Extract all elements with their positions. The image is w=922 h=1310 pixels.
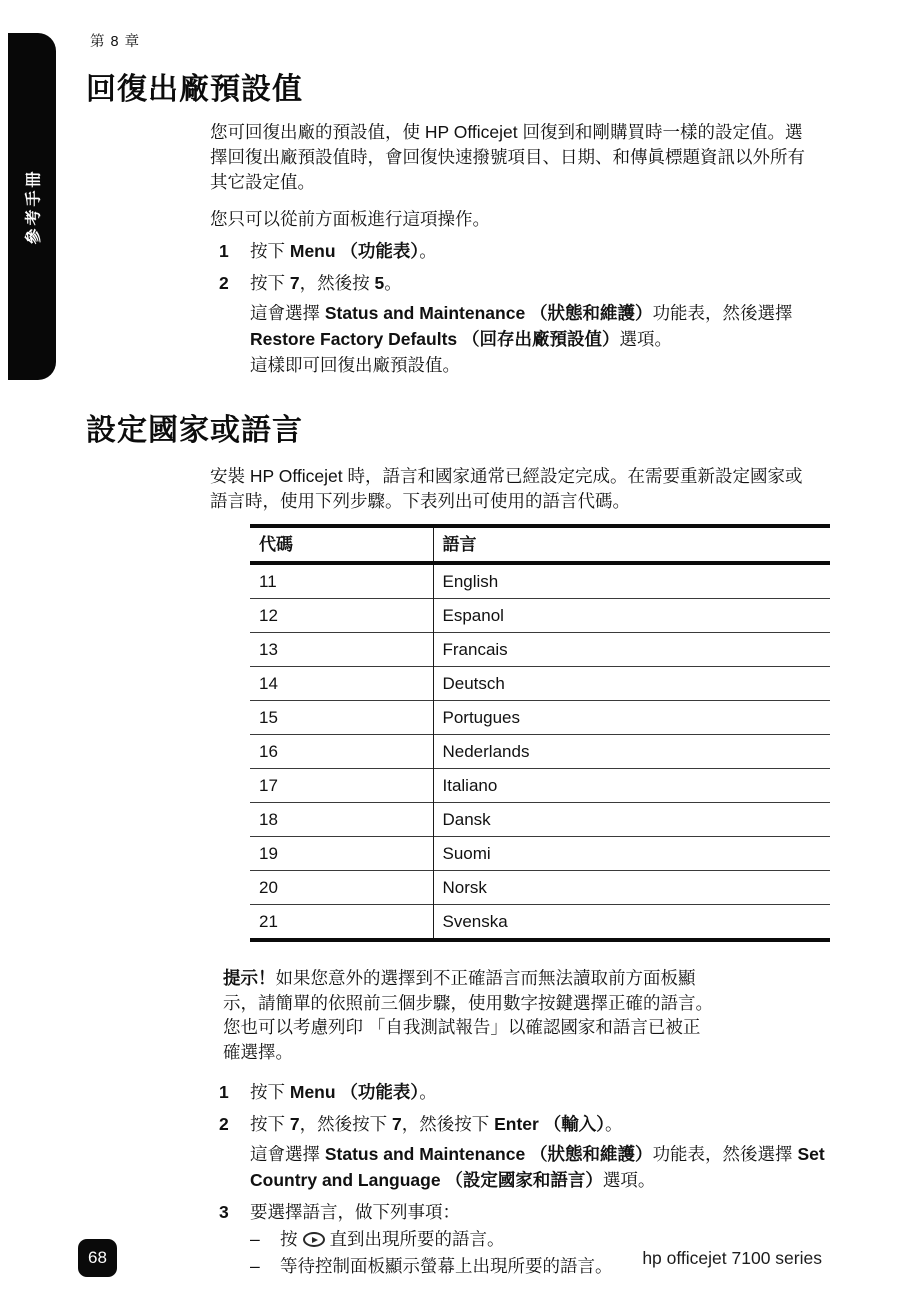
table-row: 17Italiano — [250, 769, 830, 803]
text-segment: 按下 — [250, 273, 290, 293]
text-line: 確選擇。 — [223, 1040, 753, 1065]
cell-language: Svenska — [433, 905, 830, 941]
step-text: 按下 Menu （功能表）。 — [250, 1080, 862, 1105]
language-intro-paragraph: 安裝 HP Officejet 時，語言和國家通常已經設定完成。在需要重新設定國… — [210, 464, 862, 514]
cell-code: 18 — [250, 803, 433, 837]
table-header-row: 代碼 語言 — [250, 526, 830, 563]
sub-step-text: 等待控制面板顯示螢幕上出現所要的語言。 — [280, 1254, 613, 1279]
restore-panel-note: 您只可以從前方面板進行這項操作。 — [210, 207, 862, 232]
section-title-set-country-language: 設定國家或語言 — [86, 405, 922, 449]
text-line: 示，請簡單的依照前三個步驟，使用數字按鍵選擇正確的語言。 — [223, 991, 753, 1016]
sub-step-text: 按直到出現所要的語言。 — [280, 1227, 505, 1252]
language-section-body: 安裝 HP Officejet 時，語言和國家通常已經設定完成。在需要重新設定國… — [210, 464, 862, 1278]
table-header-language: 語言 — [433, 526, 830, 563]
key-label: 7 — [392, 1114, 402, 1134]
step-number: 2 — [219, 271, 250, 296]
table-row: 18Dansk — [250, 803, 830, 837]
step-number: 3 — [219, 1200, 250, 1225]
step-item: 1 按下 Menu （功能表）。 — [210, 239, 862, 264]
key-label: 7 — [290, 273, 300, 293]
text-segment: 。 — [419, 1082, 437, 1102]
section-title-restore-defaults: 回復出廠預設值 — [86, 64, 922, 108]
dash-bullet: – — [250, 1254, 280, 1279]
text-segment: 按下 — [250, 241, 290, 261]
text-segment: 。 — [419, 241, 437, 261]
text-segment: 按 — [280, 1229, 298, 1249]
table-row: 19Suomi — [250, 837, 830, 871]
cell-language: English — [433, 563, 830, 599]
text-segment: 。 — [384, 273, 402, 293]
table-row: 15Portugues — [250, 701, 830, 735]
restore-section-body: 您可回復出廠的預設值，使 HP Officejet 回復到和剛購買時一樣的設定值… — [210, 120, 862, 378]
text-line: 安裝 HP Officejet 時，語言和國家通常已經設定完成。在需要重新設定國… — [210, 464, 862, 489]
table-row: 14Deutsch — [250, 667, 830, 701]
cell-language: Italiano — [433, 769, 830, 803]
text-line: 其它設定值。 — [210, 170, 862, 195]
text-segment: 如果您意外的選擇到不正確語言而無法讀取前方面板顯 — [276, 968, 696, 988]
key-label: 5 — [374, 273, 384, 293]
cell-code: 15 — [250, 701, 433, 735]
cell-code: 13 — [250, 633, 433, 667]
step-text: 要選擇語言，做下列事項： — [250, 1200, 862, 1225]
cell-code: 14 — [250, 667, 433, 701]
step-item: 2 按下 7，然後按 5。 — [210, 271, 862, 296]
table-row: 12Espanol — [250, 599, 830, 633]
sidebar-tab: 參考手冊 — [8, 33, 56, 380]
cell-code: 19 — [250, 837, 433, 871]
table-header-code: 代碼 — [250, 526, 433, 563]
text-line: 您可回復出廠的預設值，使 HP Officejet 回復到和剛購買時一樣的設定值… — [210, 120, 862, 145]
text-line: 這會選擇 Status and Maintenance （狀態和維護）功能表，然… — [250, 300, 862, 326]
text-line: 語言時，使用下列步驟。下表列出可使用的語言代碼。 — [210, 489, 862, 514]
step-text: 按下 Menu （功能表）。 — [250, 239, 862, 264]
dash-bullet: – — [250, 1227, 280, 1252]
text-line: 擇回復出廠預設值時，會回復快速撥號項目、日期、和傳眞標題資訊以外所有 — [210, 145, 862, 170]
menu-name: Status and Maintenance （狀態和維護） — [325, 303, 653, 323]
cell-code: 20 — [250, 871, 433, 905]
manual-page: 參考手冊 第 8 章 回復出廠預設值 您可回復出廠的預設值，使 HP Offic… — [0, 0, 922, 1310]
footer-product-name: hp officejet 7100 series — [642, 1248, 822, 1269]
language-code-table: 代碼 語言 11English 12Espanol 13Francais 14D… — [250, 524, 830, 942]
step-text: 按下 7，然後按 5。 — [250, 271, 862, 296]
text-segment: 按下 — [250, 1114, 290, 1134]
menu-name: Restore Factory Defaults （回存出廠預設值） — [250, 329, 620, 349]
text-segment: 。 — [605, 1114, 623, 1134]
step-number: 2 — [219, 1112, 250, 1137]
key-label: 7 — [290, 1114, 300, 1134]
tip-note: 提示！如果您意外的選擇到不正確語言而無法讀取前方面板顯 示，請簡單的依照前三個步… — [223, 966, 753, 1064]
text-segment: 這會選擇 — [250, 1144, 325, 1164]
cell-code: 16 — [250, 735, 433, 769]
cell-language: Francais — [433, 633, 830, 667]
table-row: 11English — [250, 563, 830, 599]
text-line: Restore Factory Defaults （回存出廠預設值）選項。 — [250, 326, 862, 352]
step-number: 1 — [219, 1080, 250, 1105]
menu-name: Status and Maintenance （狀態和維護） — [325, 1144, 653, 1164]
step-detail: 這會選擇 Status and Maintenance （狀態和維護）功能表，然… — [210, 1141, 862, 1193]
cell-language: Norsk — [433, 871, 830, 905]
cell-language: Suomi — [433, 837, 830, 871]
text-segment: ，然後按下 — [300, 1114, 392, 1134]
menu-key-label: Menu （功能表） — [290, 1082, 419, 1102]
text-segment: 功能表，然後選擇 — [653, 1144, 798, 1164]
text-segment: 選項。 — [603, 1170, 656, 1190]
text-line: Country and Language （設定國家和語言）選項。 — [250, 1167, 862, 1193]
cell-code: 12 — [250, 599, 433, 633]
table-row: 20Norsk — [250, 871, 830, 905]
next-arrow-icon — [303, 1232, 325, 1247]
cell-language: Deutsch — [433, 667, 830, 701]
cell-language: Espanol — [433, 599, 830, 633]
table-row: 13Francais — [250, 633, 830, 667]
sidebar-tab-label: 參考手冊 — [21, 168, 44, 244]
text-line: 提示！如果您意外的選擇到不正確語言而無法讀取前方面板顯 — [223, 966, 753, 991]
enter-key-label: Enter （輸入） — [494, 1114, 605, 1134]
text-segment: 直到出現所要的語言。 — [330, 1229, 505, 1249]
restore-intro-paragraph: 您可回復出廠的預設值，使 HP Officejet 回復到和剛購買時一樣的設定值… — [210, 120, 862, 195]
step-text: 按下 7，然後按下 7，然後按下 Enter （輸入）。 — [250, 1112, 862, 1137]
text-segment: ，然後按 — [300, 273, 375, 293]
cell-code: 17 — [250, 769, 433, 803]
text-segment: 選項。 — [620, 329, 673, 349]
step-number: 1 — [219, 239, 250, 264]
text-segment: 這會選擇 — [250, 303, 325, 323]
cell-code: 21 — [250, 905, 433, 941]
text-segment: 功能表，然後選擇 — [653, 303, 793, 323]
cell-language: Portugues — [433, 701, 830, 735]
cell-language: Nederlands — [433, 735, 830, 769]
page-number-badge: 68 — [78, 1239, 117, 1277]
text-line: 您也可以考慮列印 「自我測試報告」以確認國家和語言已被正 — [223, 1015, 753, 1040]
chapter-label: 第 8 章 — [90, 0, 922, 51]
step-item: 2 按下 7，然後按下 7，然後按下 Enter （輸入）。 — [210, 1112, 862, 1137]
table-row: 21Svenska — [250, 905, 830, 941]
cell-language: Dansk — [433, 803, 830, 837]
step-detail: 這會選擇 Status and Maintenance （狀態和維護）功能表，然… — [210, 300, 862, 378]
text-segment: ，然後按下 — [402, 1114, 494, 1134]
tip-label: 提示！ — [223, 968, 276, 988]
table-row: 16Nederlands — [250, 735, 830, 769]
menu-key-label: Menu （功能表） — [290, 241, 419, 261]
menu-name: Country and Language （設定國家和語言） — [250, 1170, 603, 1190]
cell-code: 11 — [250, 563, 433, 599]
menu-name: Set — [797, 1144, 824, 1164]
step-item: 1 按下 Menu （功能表）。 — [210, 1080, 862, 1105]
text-line: 這樣即可回復出廠預設值。 — [250, 352, 862, 378]
step-item: 3 要選擇語言，做下列事項： — [210, 1200, 862, 1225]
text-segment: 按下 — [250, 1082, 290, 1102]
page-number: 68 — [88, 1248, 107, 1268]
text-line: 這會選擇 Status and Maintenance （狀態和維護）功能表，然… — [250, 1141, 862, 1167]
